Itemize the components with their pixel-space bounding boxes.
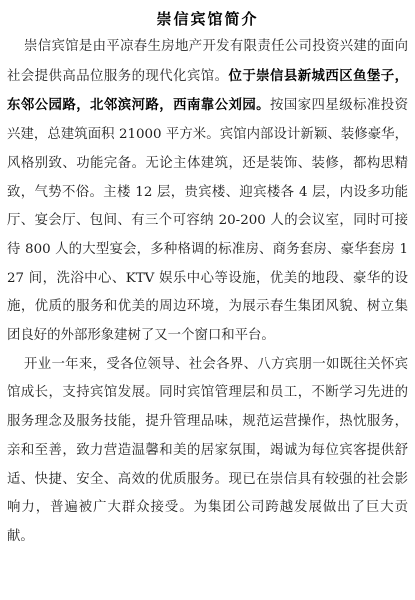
text-run: 开业一年来，受各位领导、社会各界、八方宾朋一如既往关怀宾馆成长，支持宾馆发展。同… [7, 357, 408, 544]
document-title: 崇信宾馆简介 [7, 8, 408, 30]
paragraph-2: 开业一年来，受各位领导、社会各界、八方宾朋一如既往关怀宾馆成长，支持宾馆发展。同… [7, 351, 408, 552]
document-page: 崇信宾馆简介 崇信宾馆是由平凉春生房地产开发有限责任公司投资兴建的面向社会提供高… [0, 0, 415, 600]
text-run: 按国家四星级标准投资兴建，总建筑面积 21000 平方米。宾馆内部设计新颖、装修… [7, 98, 408, 343]
paragraph-1: 崇信宾馆是由平凉春生房地产开发有限责任公司投资兴建的面向社会提供高品位服务的现代… [7, 33, 408, 351]
